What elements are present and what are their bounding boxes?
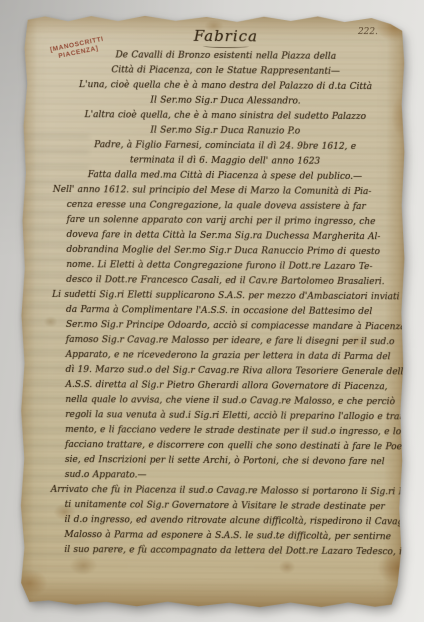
manuscript-text-lines: De Cavalli di Bronzo esistenti nella Pia… xyxy=(48,48,400,560)
manuscript-title: Fabrica xyxy=(52,25,400,48)
manuscript-page-wrap: [MANOSCRITTI PIACENZA] 222. Fabrica De C… xyxy=(18,13,406,610)
manuscript-line: L'una, cioè quella che è à mano destra d… xyxy=(52,78,400,95)
manuscript-page: [MANOSCRITTI PIACENZA] 222. Fabrica De C… xyxy=(18,13,406,610)
manuscript-line: L'altra cioè quella, che è à mano sinist… xyxy=(51,108,399,125)
photo-background: [MANOSCRITTI PIACENZA] 222. Fabrica De C… xyxy=(0,0,424,622)
manuscript-line: Padre, à Figlio Farnesi, cominciata il d… xyxy=(51,138,399,155)
manuscript-text: Fabrica De Cavalli di Bronzo esistenti n… xyxy=(48,25,400,560)
manuscript-line: il suo parere, e fù accompagnato da lett… xyxy=(48,543,396,560)
